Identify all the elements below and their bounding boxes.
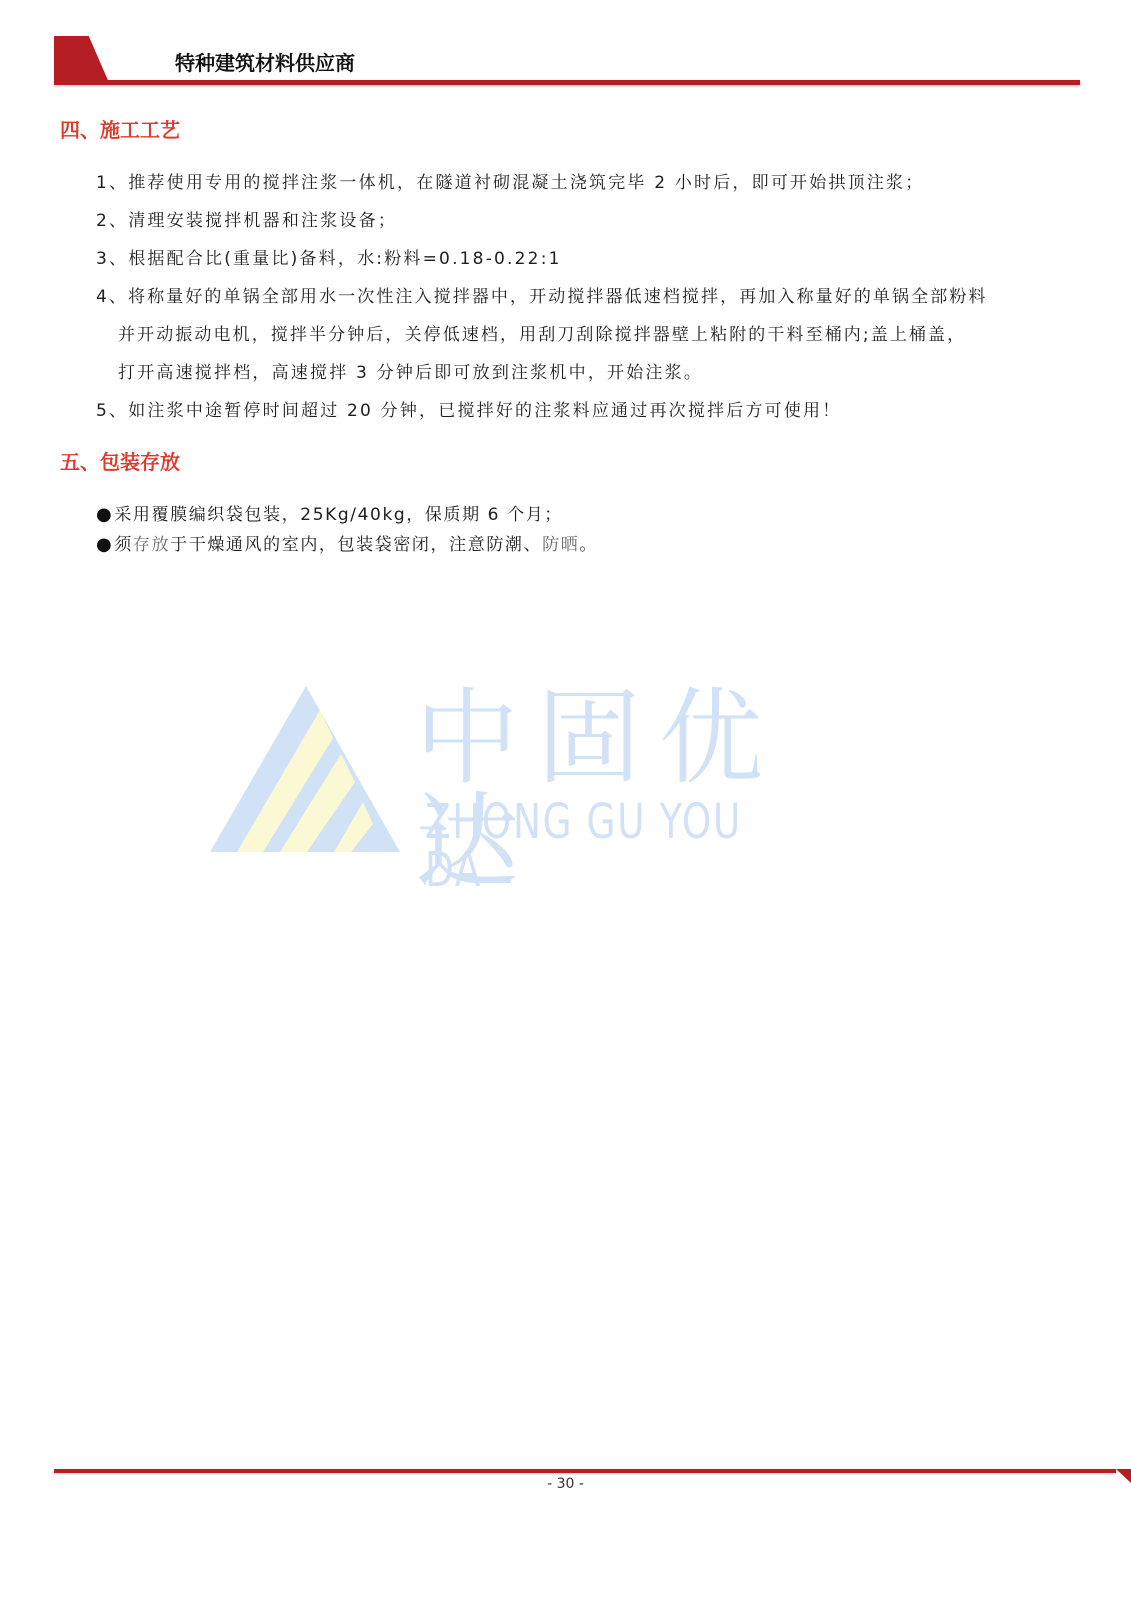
step-4-cont-2: 打开高速搅拌档，高速搅拌 3 分钟后即可放到注浆机中，开始注浆。 [118,358,703,383]
header-title: 特种建筑材料供应商 [175,47,355,76]
bullet-text-c: 。 [579,535,598,555]
bullet-text: 采用覆膜编织袋包装，25Kg/40kg，保质期 6 个月； [114,505,563,525]
page-number: - 30 - [0,1476,1131,1492]
section-heading-construction: 四、施工工艺 [60,114,180,143]
header-rule [54,80,1080,85]
bullet-storage: ●须存放于干燥通风的室内，包装袋密闭，注意防潮、防晒。 [96,530,598,555]
bullet-icon: ● [96,504,113,525]
watermark-logo: 中固优达 ZHONG GU YOU DA [210,686,850,858]
bullet-text-soft-1: 存放 [133,535,170,555]
bullet-text-a: 须 [114,535,133,555]
step-4: 4、将称量好的单锅全部用水一次性注入搅拌器中，开动搅拌器低速档搅拌，再加入称量好… [96,282,988,307]
step-3: 3、根据配合比(重量比)备料，水:粉料=0.18-0.22:1 [96,244,562,269]
bullet-text-soft-2: 防晒 [542,535,579,555]
step-1: 1、推荐使用专用的搅拌注浆一体机，在隧道衬砌混凝土浇筑完毕 2 小时后，即可开始… [96,168,924,193]
bullet-text-b: 于干燥通风的室内，包装袋密闭，注意防潮、 [170,535,542,555]
bullet-packaging: ●采用覆膜编织袋包装，25Kg/40kg，保质期 6 个月； [96,500,563,525]
step-2: 2、清理安装搅拌机器和注浆设备； [96,206,397,231]
footer-rule [54,1469,1116,1473]
section-heading-packaging: 五、包装存放 [60,446,180,475]
step-4-cont-1: 并开动振动电机，搅拌半分钟后，关停低速档，用刮刀刮除搅拌器壁上粘附的干料至桶内;… [118,320,966,345]
step-5: 5、如注浆中途暂停时间超过 20 分钟，已搅拌好的注浆料应通过再次搅拌后方可使用… [96,396,841,421]
bullet-icon: ● [96,534,113,555]
triangle-logo-icon [210,686,410,858]
header-red-tab [54,36,110,85]
watermark-english-name: ZHONG GU YOU DA [425,798,757,894]
